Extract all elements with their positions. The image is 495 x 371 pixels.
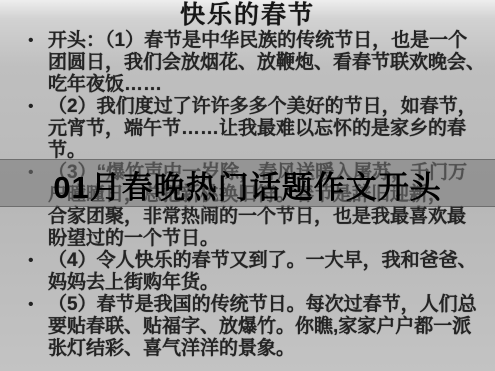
bullet-text: （5）春节是我国的传统节日。每次过春节，人们总要贴春联、贴福字、放爆竹。你瞧,家… xyxy=(48,294,487,360)
bullet-text: （4）令人快乐的春节又到了。一大早，我和爸爸、妈妈去上街购年货。 xyxy=(48,250,487,294)
text-line: 盼望过的一个节日。 xyxy=(48,228,487,250)
page-title: 快乐的春节 xyxy=(0,0,495,30)
text-line: 合家团聚，非常热闹的一个节日，也是我最喜欢最 xyxy=(48,206,487,228)
text-line: 开头：（1）春节是中华民族的传统节日，也是一个 xyxy=(48,30,487,52)
bullet-marker: • xyxy=(28,294,34,316)
bullet-item: •开头：（1）春节是中华民族的传统节日，也是一个团圆日，我们会放烟花、放鞭炮、看… xyxy=(0,30,495,96)
bullet-marker: • xyxy=(28,96,34,118)
text-line: 要贴春联、贴福字、放爆竹。你瞧,家家户户都一派 xyxy=(48,316,487,338)
watermark-banner: 01月春晚热门话题作文开头 xyxy=(0,159,495,207)
bullet-marker: • xyxy=(28,250,34,272)
text-line: 元宵节，端午节……让我最难以忘怀的是家乡的春 xyxy=(48,118,487,140)
bullet-item: •（4）令人快乐的春节又到了。一大早，我和爸爸、妈妈去上街购年货。 xyxy=(0,250,495,294)
text-line: （2）我们度过了许许多多个美好的节日，如春节， xyxy=(48,96,487,118)
text-line: 张灯结彩、喜气洋洋的景象。 xyxy=(48,338,487,360)
bullet-text: （2）我们度过了许许多多个美好的节日，如春节，元宵节，端午节……让我最难以忘怀的… xyxy=(48,96,487,162)
text-line: （5）春节是我国的传统节日。每次过春节，人们总 xyxy=(48,294,487,316)
text-line: 吃年夜饭…… xyxy=(48,74,487,96)
text-line: 团圆日，我们会放烟花、放鞭炮、看春节联欢晚会、 xyxy=(48,52,487,74)
text-line: （4）令人快乐的春节又到了。一大早，我和爸爸、 xyxy=(48,250,487,272)
watermark-text: 01月春晚热门话题作文开头 xyxy=(53,162,441,207)
bullet-item: •（5）春节是我国的传统节日。每次过春节，人们总要贴春联、贴福字、放爆竹。你瞧,… xyxy=(0,294,495,360)
text-line: 妈妈去上街购年货。 xyxy=(48,272,487,294)
slide-page: 快乐的春节 •开头：（1）春节是中华民族的传统节日，也是一个团圆日，我们会放烟花… xyxy=(0,0,495,371)
bullet-item: •（2）我们度过了许许多多个美好的节日，如春节，元宵节，端午节……让我最难以忘怀… xyxy=(0,96,495,162)
bullet-marker: • xyxy=(28,30,34,52)
bullet-text: 开头：（1）春节是中华民族的传统节日，也是一个团圆日，我们会放烟花、放鞭炮、看春… xyxy=(48,30,487,96)
